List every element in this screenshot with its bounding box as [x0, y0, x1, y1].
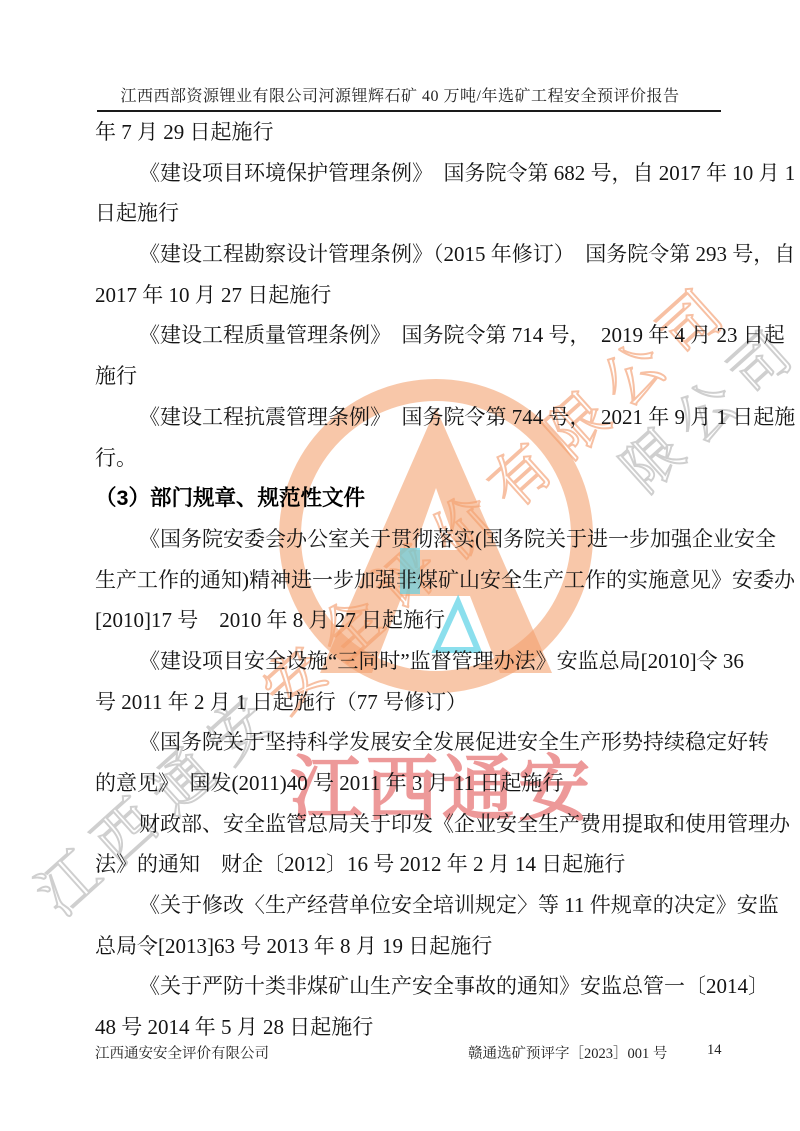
body-line: 行。 [95, 438, 735, 479]
body-line: [2010]17 号 2010 年 8 月 27 日起施行 [95, 600, 735, 641]
body-line: 的意见》 国发(2011)40 号 2011 年 3 月 11 日起施行 [95, 763, 735, 804]
body-line: 《国务院安委会办公室关于贯彻落实(国务院关于进一步加强企业安全 [95, 519, 735, 560]
body-line: 施行 [95, 356, 735, 397]
body-line: 《国务院关于坚持科学发展安全发展促进安全生产形势持续稳定好转 [95, 722, 735, 763]
body-line: 总局令[2013]63 号 2013 年 8 月 19 日起施行 [95, 926, 735, 967]
body-line: 号 2011 年 2 月 1 日起施行（77 号修订） [95, 682, 735, 723]
section-heading: （3）部门规章、规范性文件 [95, 478, 735, 519]
page-header-title: 江西西部资源锂业有限公司河源锂辉石矿 40 万吨/年选矿工程安全预评价报告 [0, 83, 800, 106]
body-line: 《关于严防十类非煤矿山生产安全事故的通知》安监总管一〔2014〕 [95, 966, 735, 1007]
document-page: 江西通安安全评价有限公司 限公司 江西通安 江西西部资源锂业有限公司河源锂辉石矿… [0, 0, 800, 1131]
body-line: 《建设工程抗震管理条例》 国务院令第 744 号， 2021 年 9 月 1 日… [95, 397, 735, 438]
body-line: 生产工作的通知)精神进一步加强非煤矿山安全生产工作的实施意见》安委办 [95, 560, 735, 601]
body-line: 《关于修改〈生产经营单位安全培训规定〉等 11 件规章的决定》安监 [95, 885, 735, 926]
body-line: 48 号 2014 年 5 月 28 日起施行 [95, 1007, 735, 1048]
body-line: 《建设工程质量管理条例》 国务院令第 714 号， 2019 年 4 月 23 … [95, 315, 735, 356]
body-line: 《建设项目安全设施“三同时”监督管理办法》安监总局[2010]令 36 [95, 641, 735, 682]
document-body: 年 7 月 29 日起施行 《建设项目环境保护管理条例》 国务院令第 682 号… [95, 112, 735, 1048]
body-line: 日起施行 [95, 193, 735, 234]
body-line: 法》的通知 财企〔2012〕16 号 2012 年 2 月 14 日起施行 [95, 844, 735, 885]
body-line: 《建设项目环境保护管理条例》 国务院令第 682 号，自 2017 年 10 月… [95, 153, 735, 194]
body-line: 年 7 月 29 日起施行 [95, 112, 735, 153]
body-line: 2017 年 10 月 27 日起施行 [95, 275, 735, 316]
body-line: 财政部、安全监管总局关于印发《企业安全生产费用提取和使用管理办 [95, 804, 735, 845]
body-line: 《建设工程勘察设计管理条例》（2015 年修订） 国务院令第 293 号，自 [95, 234, 735, 275]
